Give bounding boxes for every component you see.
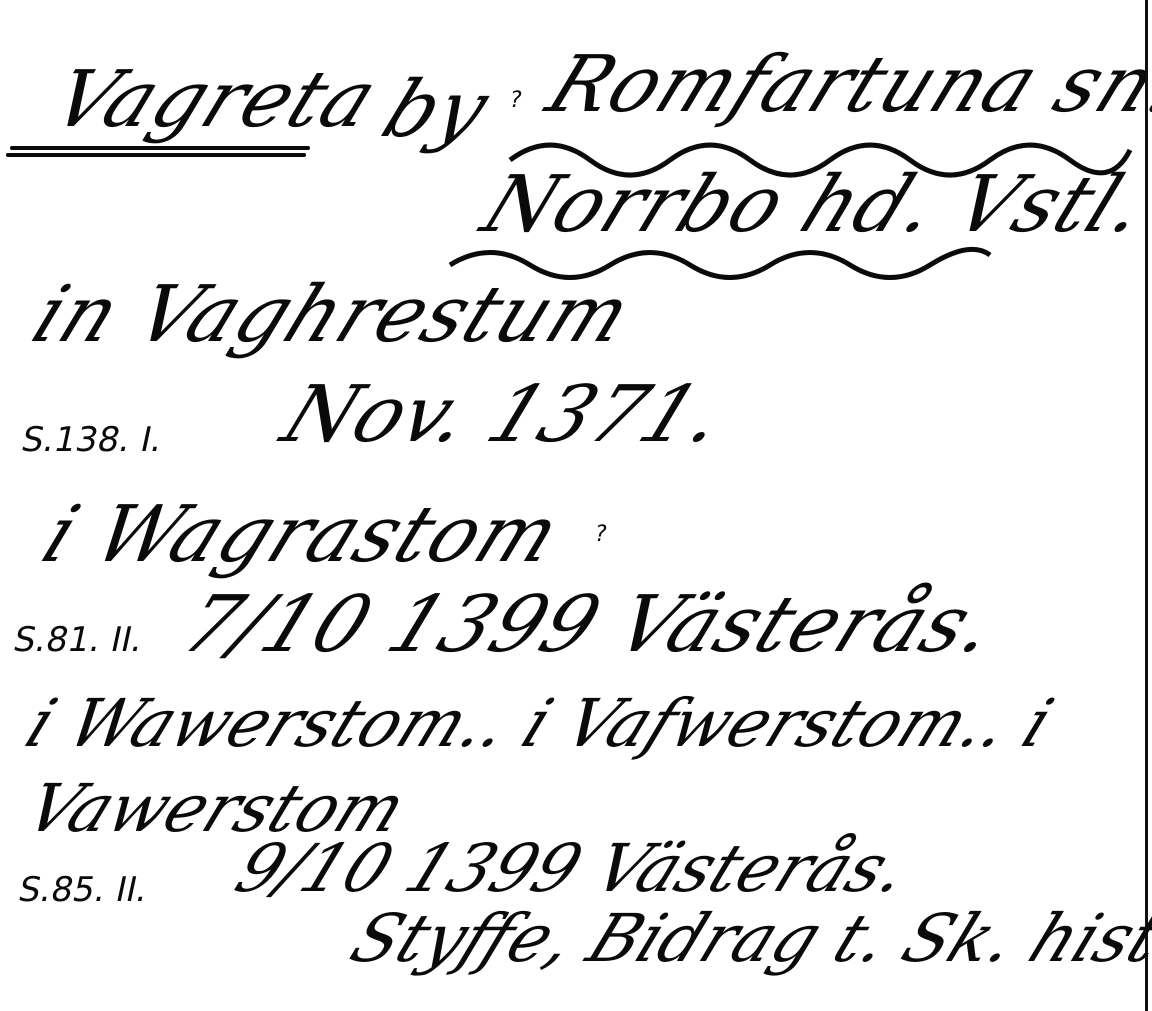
archive-card: Vagreta by ? Romfartuna sn. Norrbo hd. V…	[0, 0, 1152, 1011]
place-name: Vagreta	[40, 55, 390, 145]
form-line-1: in Vaghrestum	[20, 270, 644, 360]
form-line-3: i Wawerstom.. i Vafwerstom.. i	[15, 685, 1064, 762]
source-citation: Styffe, Bidrag t. Sk. hist. I. II.	[340, 900, 1152, 977]
card-edge	[1145, 0, 1148, 1011]
query-mark-2: ?	[595, 522, 607, 547]
source-ref-2: S.81. II.	[10, 620, 147, 660]
parish-name: Romfartuna sn.	[535, 40, 1152, 130]
form-line-2: i Wagrastom	[30, 490, 573, 580]
suffix-by: by	[370, 65, 502, 155]
date-line-1: Nov. 1371.	[270, 370, 739, 460]
place-name-underline	[10, 146, 310, 150]
source-ref-1: S.138. I.	[18, 420, 166, 460]
query-mark: ?	[510, 88, 522, 113]
place-name-underline-2	[6, 153, 306, 157]
date-line-3: 9/10 1399 Västerås.	[225, 830, 920, 907]
date-line-2: 7/10 1399 Västerås.	[170, 580, 1010, 670]
source-ref-3: S.85. II.	[15, 870, 152, 910]
district-name: Norrbo hd. Vstl.	[470, 160, 1152, 250]
